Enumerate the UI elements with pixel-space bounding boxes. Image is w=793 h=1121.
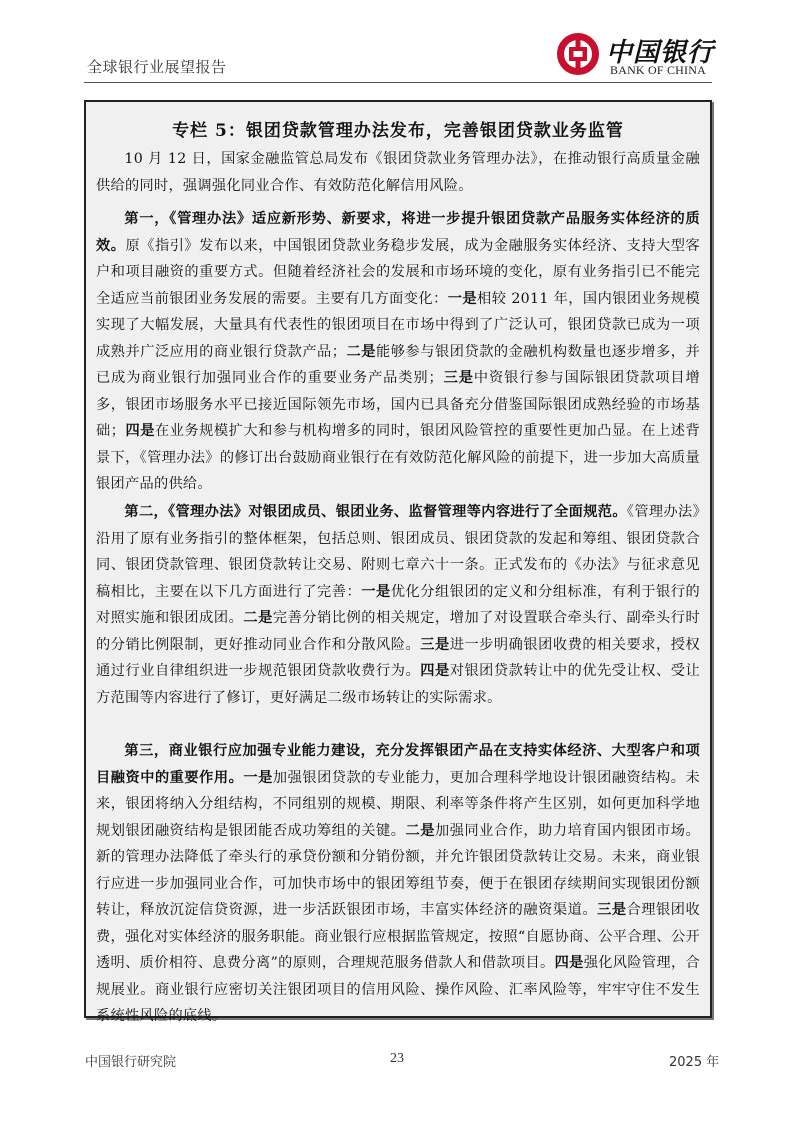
paragraph-third: 第三，商业银行应加强专业能力建设，充分发挥银团产品在支持实体经济、大型客户和项目… bbox=[96, 738, 700, 1030]
text-segment: 10 月 12 日，国家金融监管总局发布《银团贷款业务管理办法》，在推动银行高质… bbox=[96, 151, 700, 194]
column-title: 专栏 5：银团贷款管理办法发布，完善银团贷款业务监管 bbox=[86, 116, 710, 141]
bold-marker: 二是 bbox=[346, 344, 376, 360]
bold-marker: 三是 bbox=[420, 637, 449, 653]
paragraph-second: 第二，《管理办法》对银团成员、银团业务、监督管理等内容进行了全面规范。《管理办法… bbox=[96, 499, 700, 711]
bank-of-china-coin-icon bbox=[556, 32, 600, 76]
paragraph-first: 第一，《管理办法》适应新形势、新要求，将进一步提升银团贷款产品服务实体经济的质效… bbox=[96, 206, 700, 498]
bank-logo: 中国银行 BANK OF CHINA bbox=[556, 32, 716, 80]
report-title: 全球银行业展望报告 bbox=[87, 56, 227, 77]
bold-marker: 三是 bbox=[443, 370, 474, 386]
bold-marker: 三是 bbox=[597, 902, 626, 918]
text-segment: 在业务规模扩大和参与机构增多的同时，银团风险管控的重要性更加凸显。在上述背景下，… bbox=[96, 423, 700, 492]
paragraph-intro: 10 月 12 日，国家金融监管总局发布《银团贷款业务管理办法》，在推动银行高质… bbox=[96, 146, 700, 199]
logo-english-name: BANK OF CHINA bbox=[610, 63, 706, 78]
page-number: 23 bbox=[390, 1051, 404, 1067]
bold-marker: 四是 bbox=[555, 955, 584, 971]
bold-marker: 一是 bbox=[361, 584, 390, 600]
bold-marker: 四是 bbox=[420, 663, 449, 679]
footer-publisher: 中国银行研究院 bbox=[85, 1051, 176, 1070]
bold-marker: 二是 bbox=[405, 823, 434, 839]
bold-heading: 第二，《管理办法》对银团成员、银团业务、监督管理等内容进行了全面规范。 bbox=[124, 504, 627, 520]
column-box: 专栏 5：银团贷款管理办法发布，完善银团贷款业务监管 10 月 12 日，国家金… bbox=[84, 100, 712, 1018]
bold-marker: 一是 bbox=[243, 770, 272, 786]
header-divider bbox=[84, 82, 712, 83]
bold-marker: 四是 bbox=[125, 423, 155, 439]
footer-year: 2025 年 bbox=[669, 1051, 719, 1070]
bold-marker: 二是 bbox=[243, 610, 272, 626]
bold-marker: 一是 bbox=[448, 291, 477, 307]
